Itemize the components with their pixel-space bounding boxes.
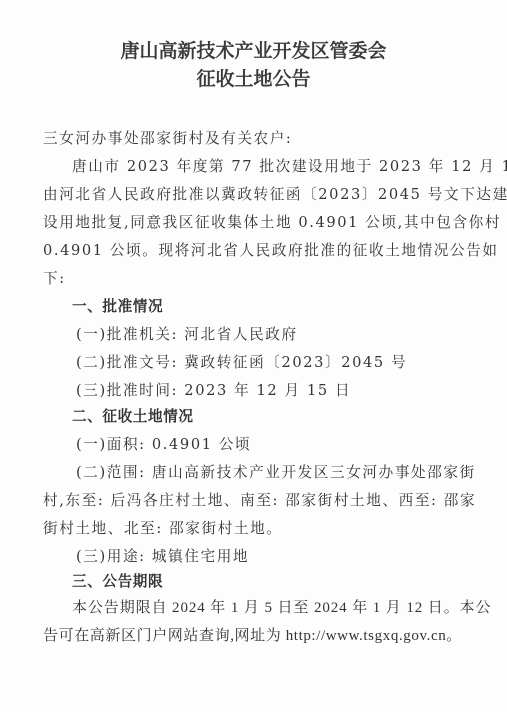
land-area: (一)面积: 0.4901 公顷 xyxy=(76,435,496,455)
land-use: (三)用途: 城镇住宅用地 xyxy=(76,547,496,567)
notice-title: 征收土地公告 xyxy=(0,64,507,91)
section-heading-approval: 一、批准情况 xyxy=(72,297,492,317)
period-line-url: 告可在高新区门户网站查询,网址为 http://www.tsgxq.gov.cn… xyxy=(43,626,463,646)
land-scope-line: 街村土地、北至: 邵家街村土地。 xyxy=(43,519,463,539)
approval-authority: (一)批准机关: 河北省人民政府 xyxy=(76,325,496,345)
land-scope-line: (二)范围: 唐山高新技术产业开发区三女河办事处邵家街 xyxy=(76,463,496,483)
section-heading-period: 三、公告期限 xyxy=(72,572,492,592)
period-line: 本公告期限自 2024 年 1 月 5 日至 2024 年 1 月 12 日。本… xyxy=(72,598,492,618)
document-page: 唐山高新技术产业开发区管委会 征收土地公告 三女河办事处邵家街村及有关农户: 唐… xyxy=(0,0,507,712)
intro-line: 下: xyxy=(43,269,463,289)
intro-line: 唐山市 2023 年度第 77 批次建设用地于 2023 年 12 月 15 日 xyxy=(72,157,492,177)
intro-line: 设用地批复,同意我区征收集体土地 0.4901 公顷,其中包含你村 xyxy=(43,213,463,233)
intro-line: 由河北省人民政府批准以冀政转征函〔2023〕2045 号文下达建 xyxy=(43,185,463,205)
intro-line: 0.4901 公顷。现将河北省人民政府批准的征收土地情况公告如 xyxy=(43,241,463,261)
land-scope-line: 村,东至: 后冯各庄村土地、南至: 邵家街村土地、西至: 邵家 xyxy=(43,491,463,511)
section-heading-land: 二、征收土地情况 xyxy=(72,407,492,427)
approval-document-number: (二)批准文号: 冀政转征函〔2023〕2045 号 xyxy=(76,353,496,373)
approval-date: (三)批准时间: 2023 年 12 月 15 日 xyxy=(76,381,496,401)
issuer-title: 唐山高新技术产业开发区管委会 xyxy=(0,36,507,63)
salutation: 三女河办事处邵家街村及有关农户: xyxy=(43,129,463,149)
